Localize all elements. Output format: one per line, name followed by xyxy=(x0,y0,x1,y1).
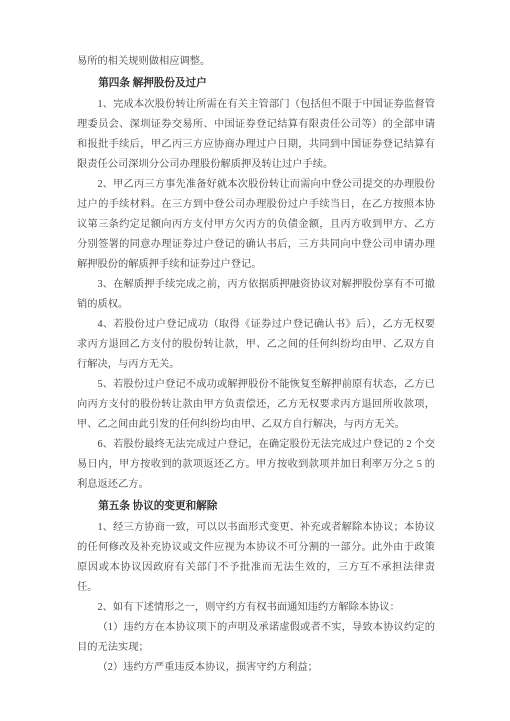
paragraph-article4-item1: 1、完成本次股份转让所需在有关主管部门（包括但不限于中国证券监督管理委员会、深圳… xyxy=(77,95,435,175)
section-heading-article-4: 第四条 解押股份及过户 xyxy=(77,74,435,94)
paragraph-article4-item4: 4、若股份过户登记成功（取得《证券过户登记确认书》后），乙方无权要求丙方退回乙方… xyxy=(77,315,435,375)
paragraph-article4-item6: 6、若股份最终无法完成过户登记，在确定股份无法完成过户登记的 2 个交易日内，甲… xyxy=(77,435,435,495)
contract-text-block: 易所的相关规则做相应调整。 第四条 解押股份及过户 1、完成本次股份转让所需在有… xyxy=(77,52,435,678)
section-heading-article-5: 第五条 协议的变更和解除 xyxy=(77,497,435,517)
paragraph-article5-item2-sub2: （2）违约方严重违反本协议，损害守约方利益； xyxy=(77,658,435,678)
document-page: 易所的相关规则做相应调整。 第四条 解押股份及过户 1、完成本次股份转让所需在有… xyxy=(0,0,510,721)
paragraph-article5-item2-sub1: （1）违约方在本协议项下的声明及承诺虚假或者不实，导致本协议约定的目的无法实现； xyxy=(77,618,435,658)
paragraph-continuation: 易所的相关规则做相应调整。 xyxy=(77,52,435,72)
paragraph-article5-item1: 1、经三方协商一致，可以以书面形式变更、补充或者解除本协议；本协议的任何修改及补… xyxy=(77,518,435,598)
paragraph-article4-item5: 5、若股份过户登记不成功或解押股份不能恢复至解押前原有状态，乙方已向丙方支付的股… xyxy=(77,375,435,435)
paragraph-article4-item3: 3、在解质押手续完成之前，丙方依据质押融资协议对解押股份享有不可撤销的质权。 xyxy=(77,275,435,315)
paragraph-article5-item2: 2、如有下述情形之一，则守约方有权书面通知违约方解除本协议： xyxy=(77,598,435,618)
paragraph-article4-item2: 2、甲乙丙三方事先准备好就本次股份转让而需向中登公司提交的办理股份过户的手续材料… xyxy=(77,175,435,275)
